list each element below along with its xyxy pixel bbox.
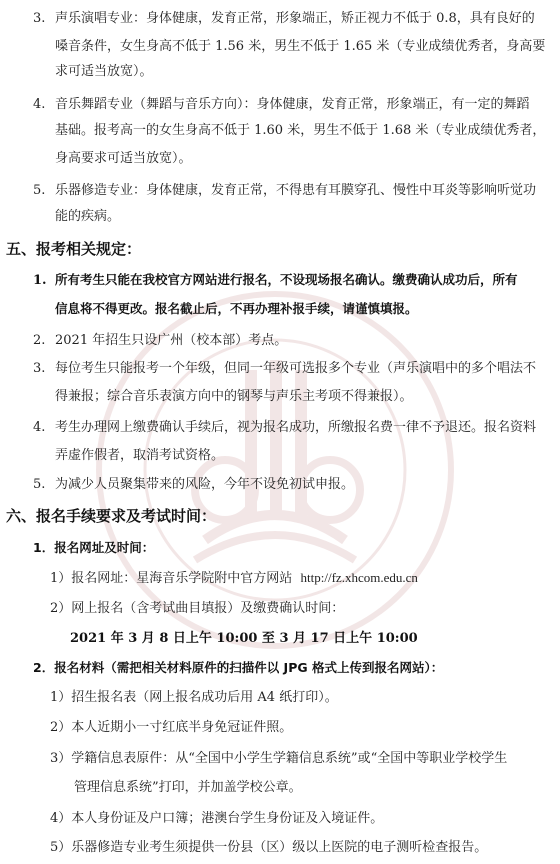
item-number: 5. <box>33 477 55 493</box>
registration-period-label: 2）网上报名（含考试曲目填报）及缴费确认时间： <box>50 601 344 617</box>
item-number: 3. <box>33 361 55 377</box>
registration-site-line: 1）报名网址：星海音乐学院附中官方网站 http://fz.xhcom.edu.… <box>50 570 418 587</box>
sec5-item-5: 5.为减少人员聚集带来的风险，今年不设免初试申报。 <box>33 477 354 493</box>
req-item-3-line-3: 求可适当放宽）。 <box>55 64 153 80</box>
sec5-item-2: 2.2021 年招生只设广州（校本部）考点。 <box>33 333 287 349</box>
sec6-sub1-title: 1．报名网址及时间： <box>33 540 154 556</box>
item-number: 4. <box>33 97 55 113</box>
material-item-4: 4）本人身份证及户口簿；港澳台学生身份证及入境证件。 <box>50 811 383 827</box>
registration-url-link[interactable]: http://fz.xhcom.edu.cn <box>301 570 418 585</box>
item-text: 为减少人员聚集带来的风险，今年不设免初试申报。 <box>55 477 354 492</box>
item-number: 1. <box>33 273 55 289</box>
document-page: 3.声乐演唱专业：身体健康，发育正常，形象端正，矫正视力不低于 0.8，具有良好… <box>0 0 560 864</box>
req-item-5-line-1: 5.乐器修造专业：身体健康，发育正常，不得患有耳膜穿孔、慢性中耳炎等影响听觉功 <box>33 183 536 199</box>
material-item-3-line-2: 管理信息系统”打印，并加盖学校公章。 <box>74 780 302 796</box>
item-text: 2021 年招生只设广州（校本部）考点。 <box>55 333 287 348</box>
material-item-3-line-1: 3）学籍信息表原件：从“全国中小学生学籍信息系统”或“全国中等职业学校学生 <box>50 751 507 767</box>
material-item-1: 1）招生报名表（网上报名成功后用 A4 纸打印）。 <box>50 690 338 706</box>
material-item-2: 2）本人近期小一寸红底半身免冠证件照。 <box>50 720 292 736</box>
req-item-4-line-1: 4.音乐舞蹈专业（舞蹈与音乐方向）：身体健康，发育正常，形象端正，有一定的舞蹈 <box>33 97 530 113</box>
item-text: 所有考生只能在我校官方网站进行报名，不设现场报名确认。缴费确认成功后，所有 <box>55 272 518 287</box>
item-number: 3. <box>33 11 55 27</box>
item-number: 2. <box>33 333 55 349</box>
item-text: 每位考生只能报考一个年级，但同一年级可选报多个专业（声乐演唱中的多个唱法不 <box>55 361 536 376</box>
sec5-item-3-line-2: 得兼报；综合音乐表演方向中的钢琴与声乐主考项不得兼报）。 <box>55 389 413 405</box>
material-item-5: 5）乐器修造专业考生须提供一份县（区）级以上医院的电子测听检查报告。 <box>50 840 487 856</box>
sec5-item-3-line-1: 3.每位考生只能报考一个年级，但同一年级可选报多个专业（声乐演唱中的多个唱法不 <box>33 361 536 377</box>
req-item-4-line-3: 身高要求可适当放宽）。 <box>55 151 192 167</box>
item-number: 5. <box>33 183 55 199</box>
sec5-item-4-line-2: 弄虚作假者，取消考试资格。 <box>55 448 224 464</box>
registration-site-label: 1）报名网址：星海音乐学院附中官方网站 <box>50 571 292 586</box>
registration-period-dates: 2021 年 3 月 8 日上午 10:00 至 3 月 17 日上午 10:0… <box>70 631 418 647</box>
sec5-item-4-line-1: 4.考生办理网上缴费确认手续后，视为报名成功，所缴报名费一律不予退还。报名资料 <box>33 420 536 436</box>
req-item-4-line-2: 基础。报考高一的女生身高不低于 1.60 米，男生不低于 1.68 米（专业成绩… <box>55 123 545 139</box>
item-text: 声乐演唱专业：身体健康，发育正常，形象端正，矫正视力不低于 0.8，具有良好的 <box>55 11 535 26</box>
req-item-5-line-2: 能的疾病。 <box>55 209 120 225</box>
sec6-sub2-title: 2．报名材料（需把相关材料原件的扫描件以 JPG 格式上传到报名网站）： <box>33 660 443 676</box>
sec5-item-1-line-1: 1.所有考生只能在我校官方网站进行报名，不设现场报名确认。缴费确认成功后，所有 <box>33 272 518 289</box>
sec5-item-1-line-2: 信息将不得更改。报名截止后，不再办理补报手续，请谨慎填报。 <box>55 301 418 317</box>
item-text: 乐器修造专业：身体健康，发育正常，不得患有耳膜穿孔、慢性中耳炎等影响听觉功 <box>55 183 536 198</box>
item-text: 音乐舞蹈专业（舞蹈与音乐方向）：身体健康，发育正常，形象端正，有一定的舞蹈 <box>55 97 530 112</box>
section-6-heading: 六、报名手续要求及考试时间： <box>6 507 216 525</box>
item-number: 4. <box>33 420 55 436</box>
item-text: 考生办理网上缴费确认手续后，视为报名成功，所缴报名费一律不予退还。报名资料 <box>55 420 536 435</box>
req-item-3-line-1: 3.声乐演唱专业：身体健康，发育正常，形象端正，矫正视力不低于 0.8，具有良好… <box>33 11 535 27</box>
section-5-heading: 五、报考相关规定： <box>6 240 141 258</box>
req-item-3-line-2: 嗓音条件，女生身高不低于 1.56 米，男生不低于 1.65 米（专业成绩优秀者… <box>55 39 545 55</box>
